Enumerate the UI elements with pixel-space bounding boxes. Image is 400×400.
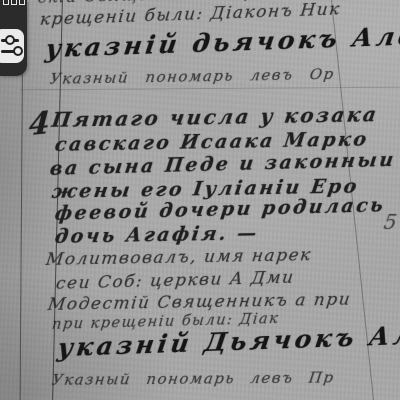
manuscript-line: Указный пономарь левъ Ор [49, 65, 336, 88]
manuscript-line: сеи Соб: церкви А Дми [55, 268, 296, 294]
manuscript-line: Модестій Священникъ а при [47, 290, 353, 315]
sliders-icon [1, 39, 19, 42]
manuscript-line: дочь Агафія. — [53, 222, 260, 248]
filters-button[interactable] [0, 29, 24, 63]
grid-icon[interactable] [3, 0, 25, 5]
manuscript-line: Указный пономарь левъ Пр [51, 369, 336, 389]
toolbar-sidebar [0, 0, 27, 76]
sliders-icon [1, 50, 19, 53]
manuscript-line: Пятаго числа у козака [50, 102, 380, 132]
scan-viewer: скій Священникъ а при крещеніи были: Діа… [0, 0, 400, 400]
marginal-mark: 5 [382, 210, 398, 234]
entry-number: 4 [28, 106, 51, 144]
manuscript-line: Молитвовалъ, имя нарек [45, 245, 313, 270]
